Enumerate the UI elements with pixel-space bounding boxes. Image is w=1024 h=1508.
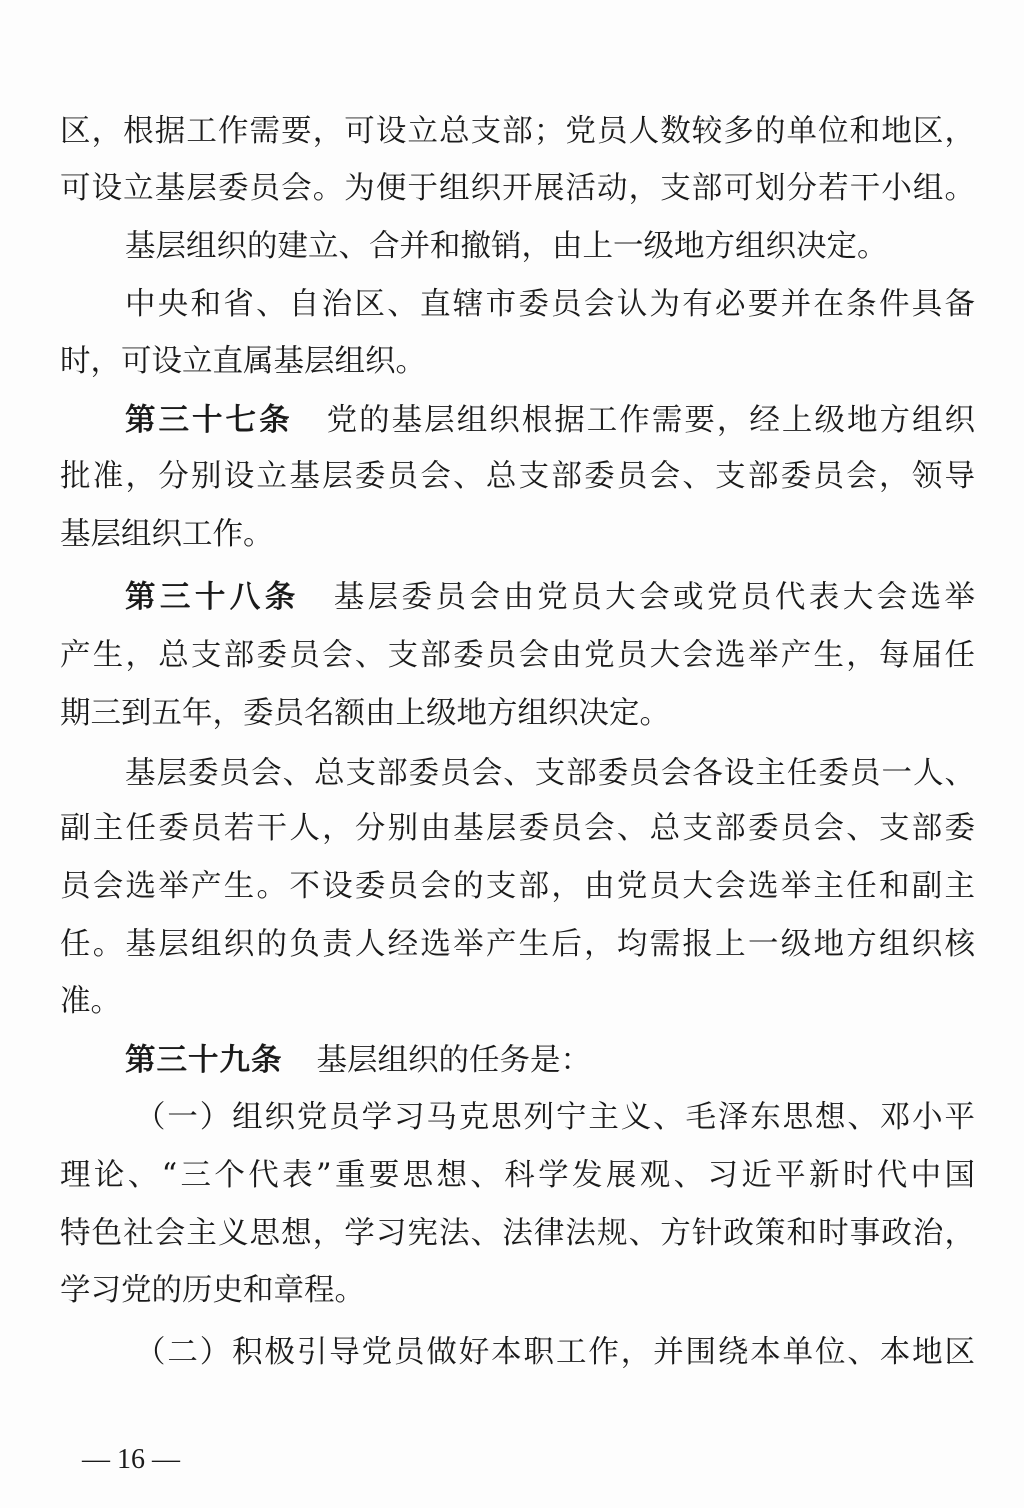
article-38-line: 第三十八条基层委员会由党员大会或党员代表大会选举 bbox=[125, 576, 975, 620]
list-item-2: （二）积极引导党员做好本职工作，并围绕本单位、本地区 bbox=[135, 1331, 975, 1375]
text-line: 产生，总支部委员会、支部委员会由党员大会选举产生，每届任 bbox=[60, 634, 975, 678]
article-text: 党的基层组织根据工作需要，经上级地方组织 bbox=[327, 403, 975, 438]
text-line: 任。基层组织的负责人经选举产生后，均需报上一级地方组织核 bbox=[60, 923, 975, 967]
article-heading: 第三十九条 bbox=[125, 1043, 283, 1078]
article-heading: 第三十七条 bbox=[125, 403, 293, 438]
text-line: 员会选举产生。不设委员会的支部，由党员大会选举主任和副主 bbox=[60, 865, 975, 909]
article-text: 基层组织的任务是： bbox=[317, 1043, 592, 1078]
article-text: 基层委员会由党员大会或党员代表大会选举 bbox=[334, 580, 975, 615]
paragraph-start: 基层委员会、总支部委员会、支部委员会各设主任委员一人、 bbox=[125, 752, 975, 796]
article-39-line: 第三十九条基层组织的任务是： bbox=[125, 1039, 975, 1083]
page-number: — 16 — bbox=[82, 1440, 180, 1480]
text-line: 理论、“三个代表”重要思想、科学发展观、习近平新时代中国 bbox=[60, 1154, 975, 1198]
document-page: 区，根据工作需要，可设立总支部；党员人数较多的单位和地区， 可设立基层委员会。为… bbox=[0, 0, 1024, 1508]
list-item-1: （一）组织党员学习马克思列宁主义、毛泽东思想、邓小平 bbox=[135, 1096, 975, 1140]
paragraph-start: 中央和省、自治区、直辖市委员会认为有必要并在条件具备 bbox=[125, 283, 975, 327]
text-line: 期三到五年，委员名额由上级地方组织决定。 bbox=[60, 692, 975, 736]
text-line: 批准，分别设立基层委员会、总支部委员会、支部委员会，领导 bbox=[60, 455, 975, 499]
text-line: 副主任委员若干人，分别由基层委员会、总支部委员会、支部委 bbox=[60, 807, 975, 851]
text-line: 基层组织工作。 bbox=[60, 513, 975, 557]
article-heading: 第三十八条 bbox=[125, 580, 300, 615]
text-line: 学习党的历史和章程。 bbox=[60, 1269, 975, 1313]
text-line: 特色社会主义思想，学习宪法、法律法规、方针政策和时事政治， bbox=[60, 1212, 975, 1256]
paragraph-start: 基层组织的建立、合并和撤销，由上一级地方组织决定。 bbox=[125, 225, 975, 269]
article-37-line: 第三十七条党的基层组织根据工作需要，经上级地方组织 bbox=[125, 399, 975, 443]
text-line: 准。 bbox=[60, 980, 975, 1024]
text-line: 时，可设立直属基层组织。 bbox=[60, 340, 975, 384]
text-line: 可设立基层委员会。为便于组织开展活动，支部可划分若干小组。 bbox=[60, 167, 975, 211]
text-line: 区，根据工作需要，可设立总支部；党员人数较多的单位和地区， bbox=[60, 110, 975, 154]
